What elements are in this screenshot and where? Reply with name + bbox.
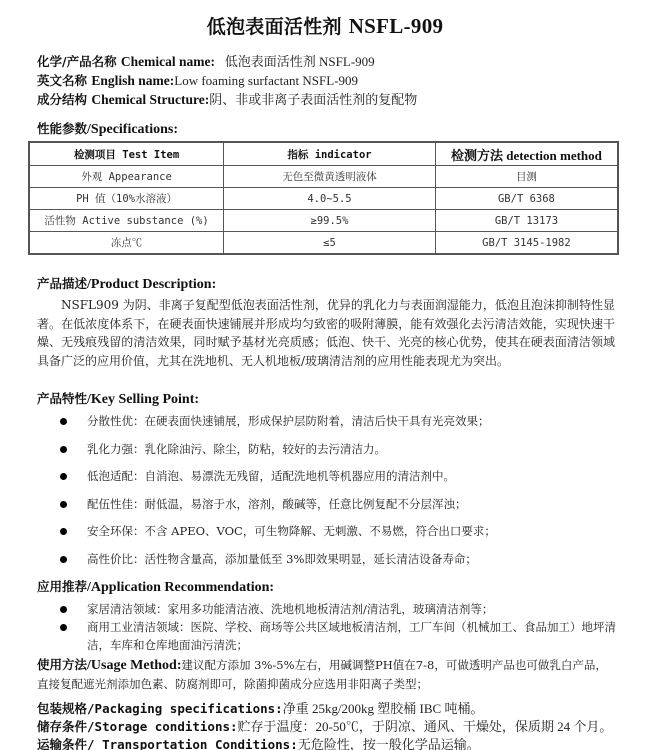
page-title: 低泡表面活性剂 NSFL-909 — [0, 12, 650, 39]
bullet-icon — [60, 556, 67, 563]
description-heading: 产品描述/Product Description: — [37, 274, 216, 293]
structure-label: 成分结构 Chemical Structure: — [37, 92, 209, 107]
packaging-line: 包装规格/Packaging specifications:净重 25kg/20… — [37, 698, 483, 717]
column-header-detection-method: 检测方法 detection method — [435, 142, 618, 166]
table-cell: ≥99.5% — [224, 210, 436, 232]
list-item: 配伍性佳：耐低温，易溶于水，溶剂，酸碱等，任意比例复配不分层浑浊； — [60, 495, 496, 523]
bullet-icon — [60, 473, 67, 480]
bullet-icon — [60, 446, 67, 453]
usage-heading-cn: 使用方法 — [37, 657, 87, 672]
table-cell: GB/T 6368 — [435, 188, 618, 210]
english-name-line: 英文名称 English name:Low foaming surfactant… — [37, 72, 358, 89]
table-cell: ≤5 — [224, 232, 436, 255]
chemical-name-label: 化学/产品名称 Chemical name: — [37, 54, 215, 69]
list-item: 低泡适配：自消泡、易漂洗无残留，适配洗地机等机器应用的清洁剂中。 — [60, 467, 496, 495]
storage-text: 贮存于温度：20-50℃，于阴凉、通风、干燥处，保质期 24 个月。 — [238, 719, 613, 734]
table-row: PH 值（10%水溶液） 4.0~5.5 GB/T 6368 — [29, 188, 618, 210]
table-cell: GB/T 13173 — [435, 210, 618, 232]
table-cell: 无色至微黄透明液体 — [224, 166, 436, 188]
packaging-text: 净重 25kg/200kg 塑胶桶 IBC 吨桶。 — [283, 701, 484, 716]
column-header-test-item: 检测项目 Test Item — [29, 142, 224, 166]
key-selling-heading: 产品特性/Key Selling Point: — [37, 389, 199, 408]
list-item: 商用工业清洁领域：医院、学校、商场等公共区域地板清洁剂，工厂车间（机械加工、食品… — [60, 618, 617, 654]
list-item: 高性价比：活性物含量高，添加量低至 3%即效果明显，延长清洁设备寿命； — [60, 550, 496, 578]
table-cell: 外观 Appearance — [29, 166, 224, 188]
structure-value: 阴、非或非离子表面活性剂的复配物 — [209, 92, 417, 107]
table-cell: 冻点℃ — [29, 232, 224, 255]
table-row: 外观 Appearance 无色至微黄透明液体 目测 — [29, 166, 618, 188]
chemical-name-line: 化学/产品名称 Chemical name: 低泡表面活性剂 NSFL-909 — [37, 53, 375, 70]
list-item: 家居清洁领域：家用多功能清洁液、洗地机地板清洁剂/清洁乳，玻璃清洁剂等； — [60, 600, 617, 618]
description-text: NSFL909 为阴、非离子复配型低泡表面活性剂，优异的乳化力与表面润湿能力，低… — [37, 296, 615, 370]
chemical-name-value: 低泡表面活性剂 NSFL-909 — [225, 54, 375, 69]
english-name-label: 英文名称 English name: — [37, 73, 174, 88]
bullet-icon — [60, 501, 67, 508]
transport-line: 运输条件/ Transportation Conditions:无危险性，按一般… — [37, 734, 480, 750]
application-list: 家居清洁领域：家用多功能清洁液、洗地机地板清洁剂/清洁乳，玻璃清洁剂等； 商用工… — [60, 600, 617, 654]
bullet-icon — [60, 528, 67, 535]
table-cell: PH 值（10%水溶液） — [29, 188, 224, 210]
english-name-value: Low foaming surfactant NSFL-909 — [174, 73, 358, 88]
column-header-indicator: 指标 indicator — [224, 142, 436, 166]
table-cell: 活性物 Active substance (%) — [29, 210, 224, 232]
table-cell: GB/T 3145-1982 — [435, 232, 618, 255]
list-item: 乳化力强：乳化除油污、除尘，防粘，较好的去污清洁力。 — [60, 440, 496, 468]
table-cell: 目测 — [435, 166, 618, 188]
transport-text: 无危险性，按一般化学品运输。 — [298, 737, 480, 750]
page-title-model: NSFL-909 — [349, 14, 444, 38]
storage-line: 储存条件/Storage conditions:贮存于温度：20-50℃，于阴凉… — [37, 716, 612, 735]
bullet-icon — [60, 606, 67, 613]
specifications-table: 检测项目 Test Item 指标 indicator 检测方法 detecti… — [28, 141, 619, 255]
bullet-icon — [60, 418, 67, 425]
table-header-row: 检测项目 Test Item 指标 indicator 检测方法 detecti… — [29, 142, 618, 166]
table-row: 活性物 Active substance (%) ≥99.5% GB/T 131… — [29, 210, 618, 232]
key-selling-list: 分散性优：在硬表面快速铺展，形成保护层防附着，清洁后快干具有光亮效果； 乳化力强… — [60, 412, 496, 578]
table-cell: 4.0~5.5 — [224, 188, 436, 210]
usage-section: 使用方法/Usage Method:建议配方添加 3%-5%左右，用碱调整PH值… — [37, 656, 615, 693]
bullet-icon — [60, 624, 67, 631]
usage-heading-en: /Usage Method: — [87, 658, 182, 673]
structure-line: 成分结构 Chemical Structure:阴、非或非离子表面活性剂的复配物 — [37, 91, 417, 108]
list-item: 安全环保：不含 APEO、VOC，可生物降解、无刺激、不易燃，符合出口要求； — [60, 522, 496, 550]
list-item: 分散性优：在硬表面快速铺展，形成保护层防附着，清洁后快干具有光亮效果； — [60, 412, 496, 440]
specifications-heading: 性能参数/Specifications: — [37, 119, 178, 138]
page-title-cn: 低泡表面活性剂 — [207, 16, 349, 38]
table-row: 冻点℃ ≤5 GB/T 3145-1982 — [29, 232, 618, 255]
application-heading: 应用推荐/Application Recommendation: — [37, 577, 274, 596]
